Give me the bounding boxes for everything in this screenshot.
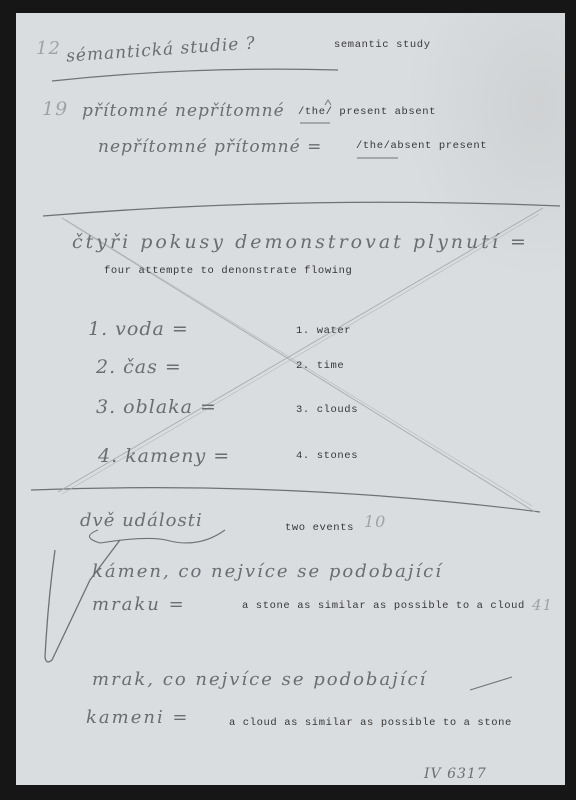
pair-line1-the: /the/: [298, 106, 333, 118]
event-1-handwritten-line2: mraku =: [92, 594, 186, 615]
item-4-handwritten: 4. kameny =: [98, 445, 230, 467]
margin-number-event-1: 41: [532, 596, 553, 614]
item-3-handwritten: 3. oblaka =: [96, 396, 217, 418]
pair-line1-typed: /the/ present absent: [298, 106, 436, 118]
pair-line1-handwritten: přítomné nepřítomné: [82, 101, 285, 121]
margin-number-header: 12: [36, 38, 61, 59]
margin-number-pair: 19: [42, 98, 68, 120]
event-2-handwritten-line1: mrak, co nejvíce se podobající: [92, 669, 427, 690]
section-four-handwritten-title: čtyři pokusy demonstrovat plynutí =: [72, 231, 529, 253]
inventory-number: IV 6317: [424, 766, 487, 782]
event-1-typed: a stone as similar as possible to a clou…: [242, 600, 525, 612]
section-four-typed-title: four attempte to denonstrate flowing: [104, 265, 352, 277]
event-1-handwritten-line1: kámen, co nejvíce se podobající: [92, 561, 443, 582]
margin-number-events: 10: [364, 512, 386, 531]
event-2-typed: a cloud as similar as possible to a ston…: [229, 717, 512, 729]
pair-line2-the: /the/: [356, 140, 391, 152]
pair-line1-text: present absent: [333, 106, 437, 118]
section-two-handwritten-title: dvě události: [80, 510, 203, 531]
item-1-handwritten: 1. voda =: [88, 318, 189, 340]
item-2-typed: 2. time: [296, 360, 344, 372]
header-typed: semantic study: [334, 39, 431, 51]
pair-line2-handwritten: nepřítomné přítomné =: [98, 137, 322, 157]
pair-line2-text: absent present: [391, 140, 488, 152]
item-4-typed: 4. stones: [296, 450, 358, 462]
event-2-handwritten-line2: kameni =: [86, 707, 190, 728]
item-1-typed: 1. water: [296, 325, 351, 337]
section-two-typed-title: two events: [285, 522, 354, 534]
item-3-typed: 3. clouds: [296, 404, 358, 416]
item-2-handwritten: 2. čas =: [96, 356, 182, 378]
pair-line2-typed: /the/absent present: [356, 140, 487, 152]
